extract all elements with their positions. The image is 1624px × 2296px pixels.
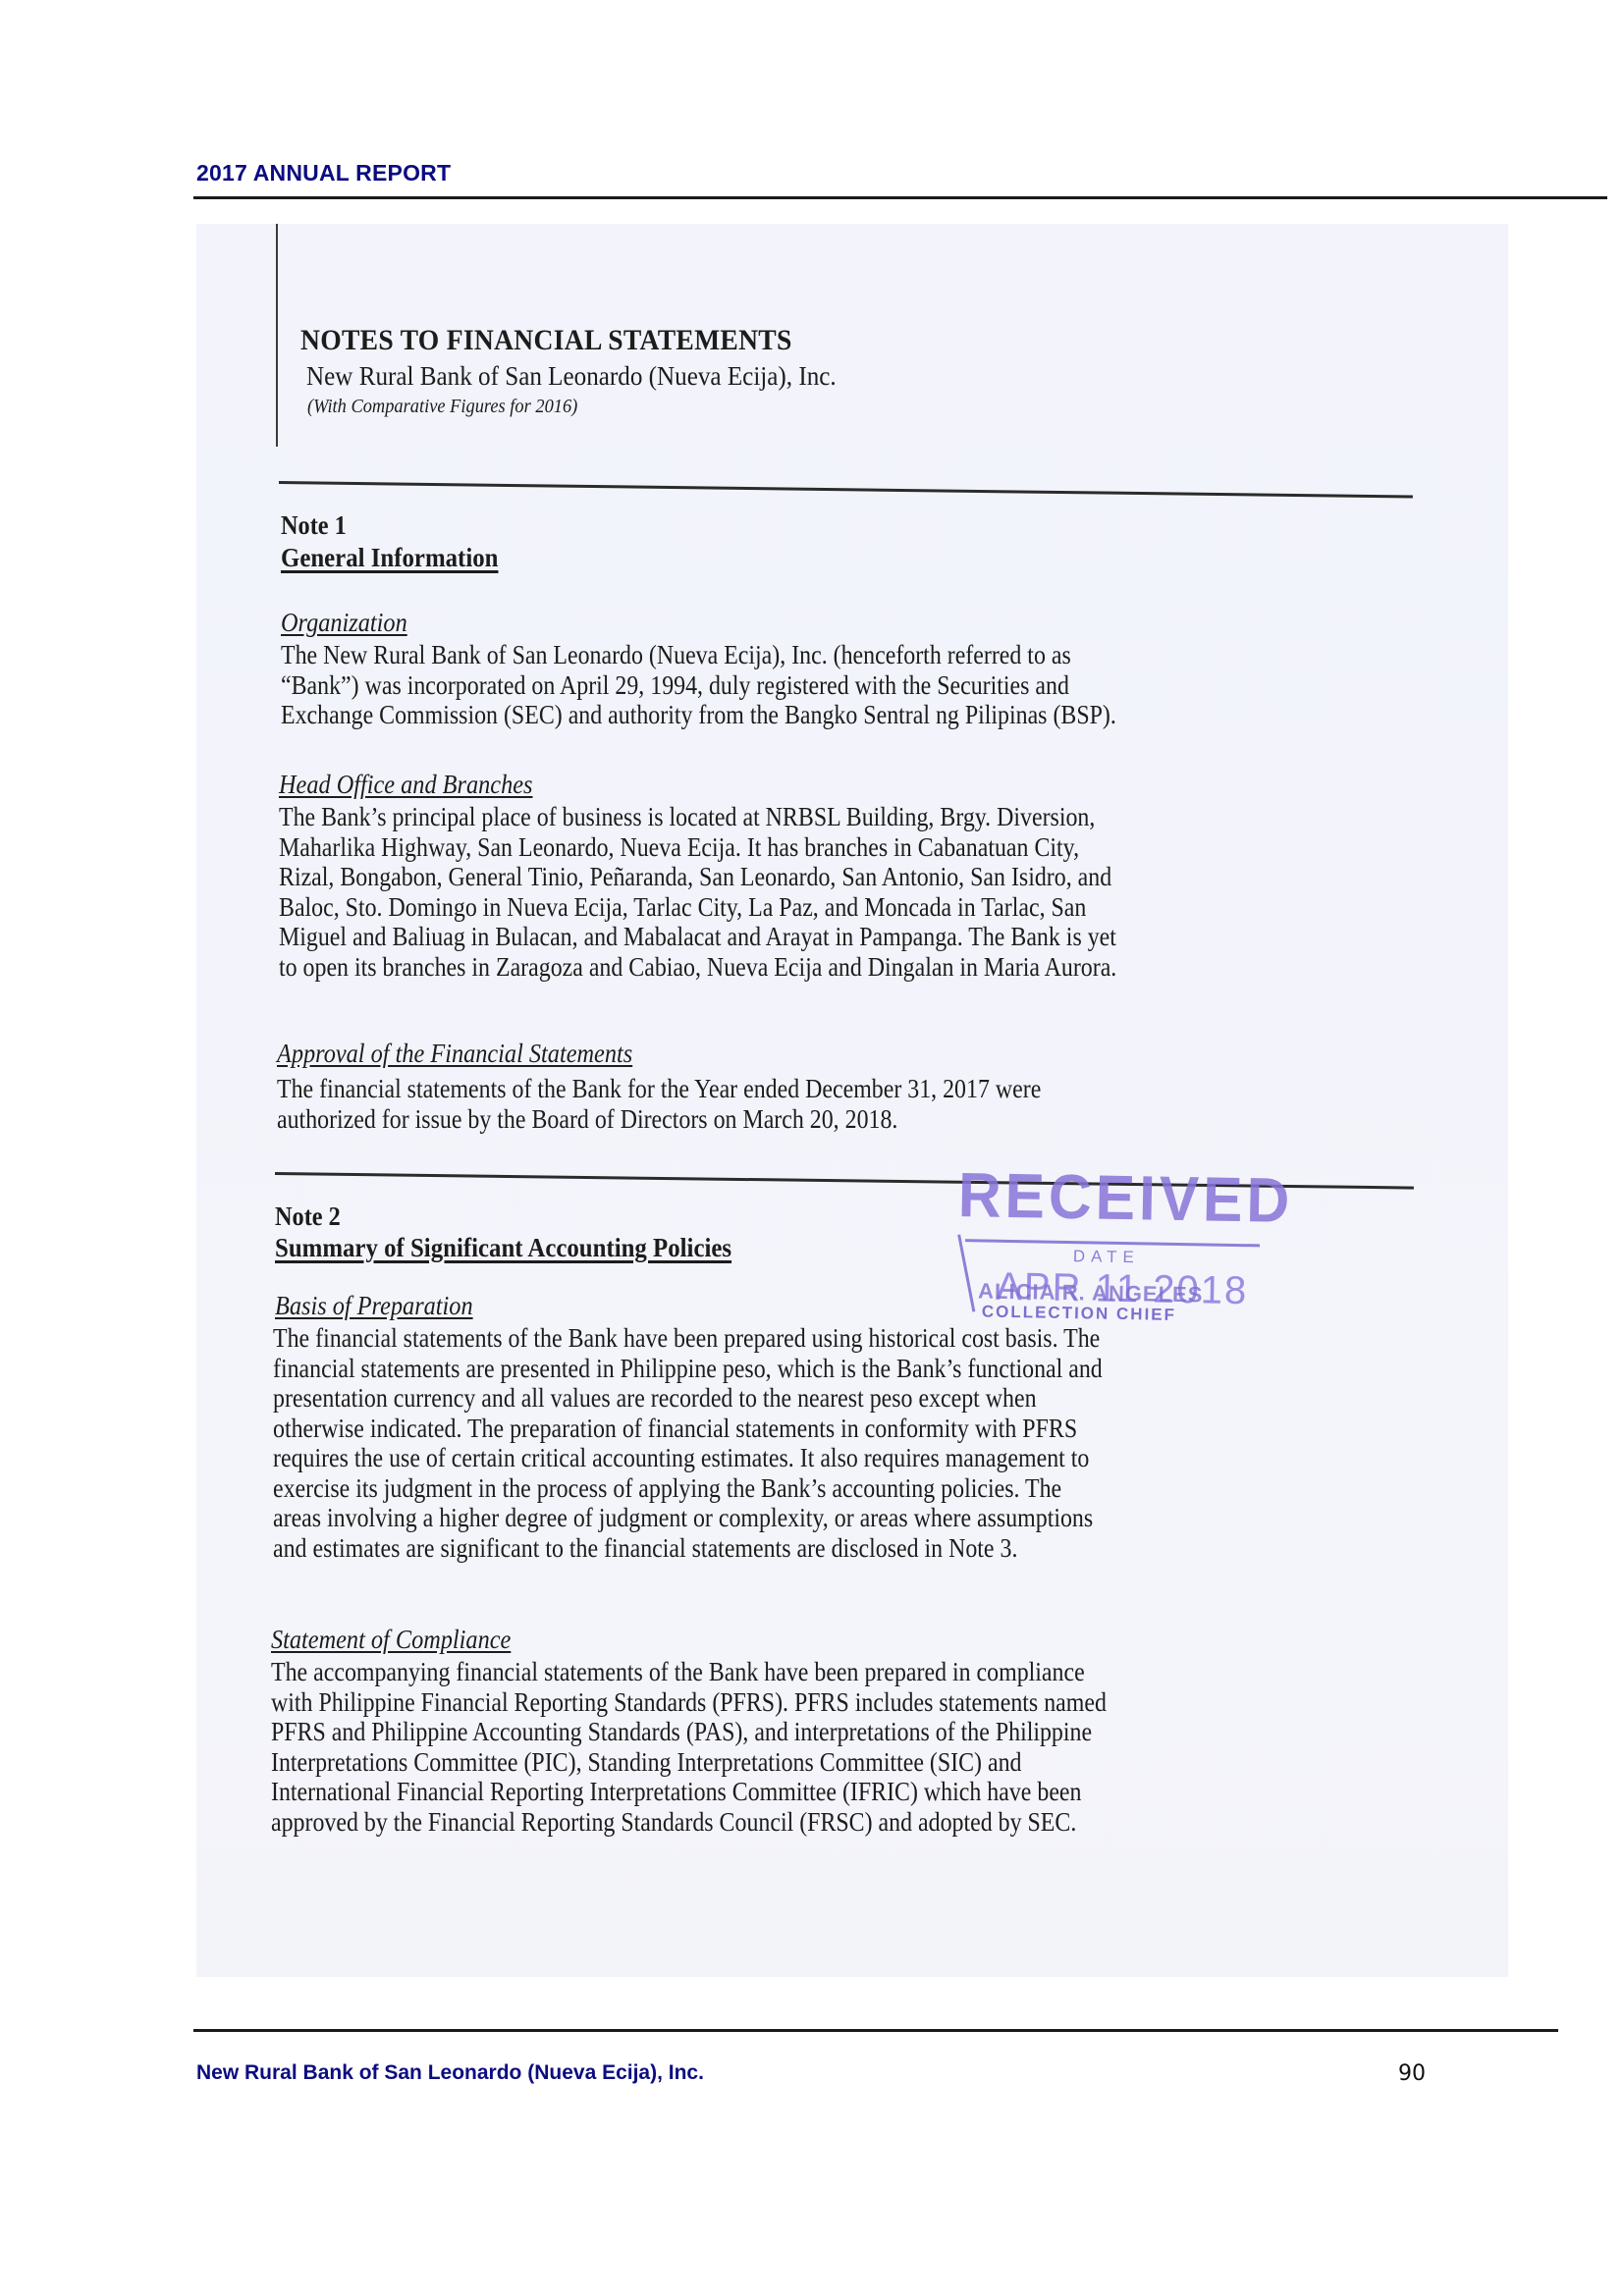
stamp-bracket [957, 1234, 975, 1311]
note2-heading: Summary of Significant Accounting Polici… [275, 1233, 731, 1263]
basis-heading: Basis of Preparation [275, 1291, 473, 1321]
title-margin-bar [276, 224, 278, 447]
organization-heading: Organization [281, 608, 407, 638]
footer-organization: New Rural Bank of San Leonardo (Nueva Ec… [196, 2061, 704, 2085]
running-header: 2017 ANNUAL REPORT [196, 160, 451, 187]
head-office-heading: Head Office and Branches [279, 770, 532, 800]
note2-label: Note 2 [275, 1201, 341, 1232]
comparative-note: (With Comparative Figures for 2016) [307, 396, 577, 418]
note1-heading: General Information [281, 543, 498, 573]
header-rule [193, 196, 1607, 199]
compliance-heading: Statement of Compliance [271, 1625, 511, 1655]
stamp-received-text: RECEIVED [957, 1158, 1293, 1237]
organization-paragraph: The New Rural Bank of San Leonardo (Nuev… [281, 640, 1224, 730]
footer-rule [193, 2029, 1558, 2032]
stamp-rule [965, 1239, 1260, 1247]
note1-label: Note 1 [281, 510, 347, 541]
compliance-paragraph: The accompanying financial statements of… [271, 1657, 1215, 1837]
basis-paragraph: The financial statements of the Bank hav… [273, 1323, 1211, 1563]
page-number: 90 [1398, 2061, 1426, 2086]
stamp-date-label: DATE [1073, 1247, 1140, 1267]
section-divider [279, 481, 1413, 499]
approval-paragraph: The financial statements of the Bank for… [277, 1074, 1140, 1134]
head-office-paragraph: The Bank’s principal place of business i… [279, 802, 1225, 982]
company-name: New Rural Bank of San Leonardo (Nueva Ec… [306, 361, 837, 392]
approval-heading: Approval of the Financial Statements [277, 1039, 632, 1069]
received-stamp: RECEIVED DATE APR 11 2018 ALICIA R. ANGE… [956, 1158, 1293, 1331]
scanned-page: NOTES TO FINANCIAL STATEMENTS New Rural … [196, 224, 1508, 1977]
document-title: NOTES TO FINANCIAL STATEMENTS [300, 324, 792, 357]
stamp-signatory-title: COLLECTION CHIEF [982, 1302, 1177, 1324]
